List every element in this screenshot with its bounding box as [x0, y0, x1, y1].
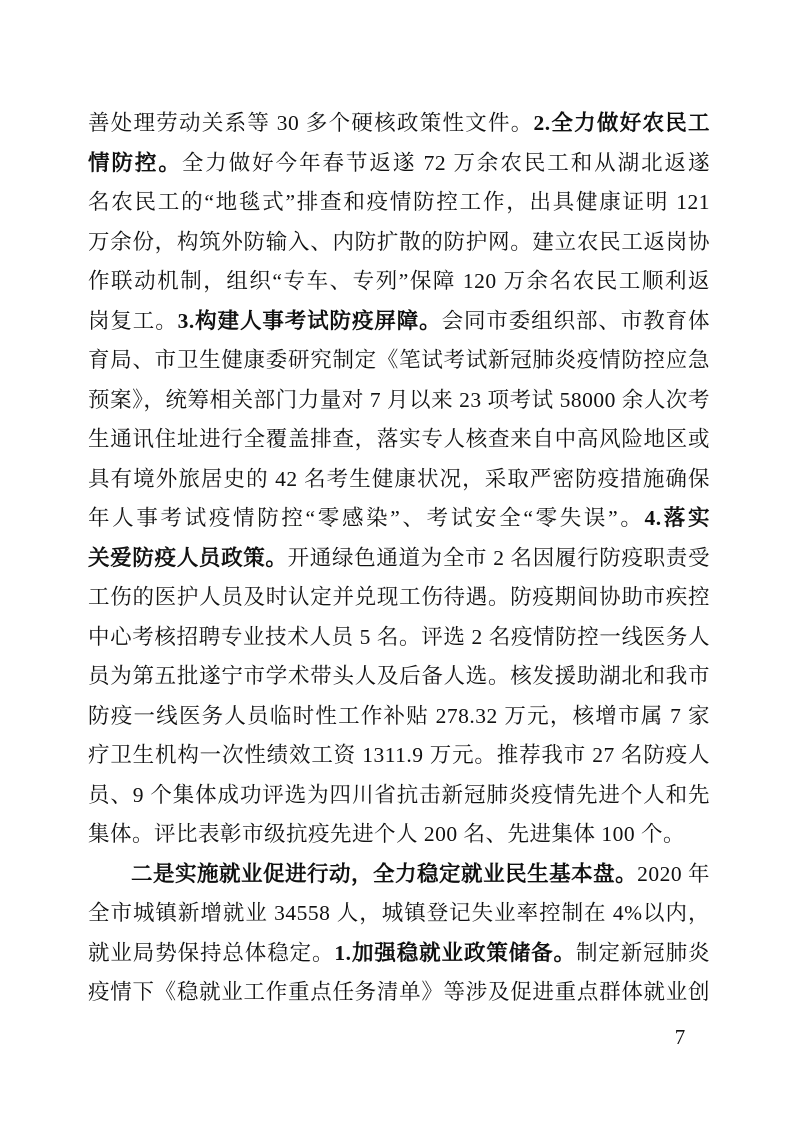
text-segment: 万余份，构筑外防输入、内防扩散的防护网。建立农民工返岗协 [88, 230, 710, 254]
text-segment: 育局、市卫生健康委研究制定《笔试考试新冠肺炎疫情防控应急 [88, 348, 710, 372]
text-segment: 名农民工的“地毯式”排查和疫情防控工作，出具健康证明 121 [88, 190, 710, 214]
text-segment: 预案》，统筹相关部门力量对 7 月以来 23 项考试 58000 余人次考 [88, 388, 710, 412]
text-segment: 2020 年 [637, 862, 710, 886]
text-segment: 中心考核招聘专业技术人员 5 名。评选 2 名疫情防控一线医务人 [88, 625, 710, 649]
text-line: 就业局势保持总体稳定。1.加强稳就业政策储备。制定新冠肺炎 [88, 934, 710, 974]
text-line: 全市城镇新增就业 34558 人，城镇登记失业率控制在 4%以内，全市 [88, 894, 710, 934]
text-line: 二是实施就业促进行动，全力稳定就业民生基本盘。2020 年 [88, 855, 710, 895]
text-line: 生通讯住址进行全覆盖排查，落实专人核查来自中高风险地区或 [88, 420, 710, 460]
text-line: 防疫一线医务人员临时性工作补贴 278.32 万元，核增市属 7 家医 [88, 697, 710, 737]
document-page: 善处理劳动关系等 30 多个硬核政策性文件。2.全力做好农民工疫 情防控。全力做… [0, 0, 793, 1122]
document-body: 善处理劳动关系等 30 多个硬核政策性文件。2.全力做好农民工疫 情防控。全力做… [88, 104, 710, 1013]
text-segment: 生通讯住址进行全覆盖排查，落实专人核查来自中高风险地区或 [88, 427, 710, 451]
text-segment-bold: 1.加强稳就业政策储备。 [334, 941, 576, 965]
text-segment: 会同市委组织部、市教育体 [442, 309, 710, 333]
text-line: 情防控。全力做好今年春节返遂 72 万余农民工和从湖北返遂 5575 [88, 144, 710, 184]
text-line: 具有境外旅居史的 42 名考生健康状况，采取严密防疫措施确保全 [88, 460, 710, 500]
text-line: 万余份，构筑外防输入、内防扩散的防护网。建立农民工返岗协 [88, 223, 710, 263]
text-segment: 疫情下《稳就业工作重点任务清单》等涉及促进重点群体就业创 [88, 980, 710, 1004]
text-line: 工伤的医护人员及时认定并兑现工伤待遇。防疫期间协助市疾控 [88, 578, 710, 618]
text-line: 员、9 个集体成功评选为四川省抗击新冠肺炎疫情先进个人和先进 [88, 776, 710, 816]
text-segment-bold: 关爱防疫人员政策。 [88, 546, 288, 570]
text-segment: 开通绿色通道为全市 2 名因履行防疫职责受 [288, 546, 710, 570]
text-segment-bold: 4.落实 [645, 506, 710, 530]
text-line: 年人事考试疫情防控“零感染”、考试安全“零失误”。4.落实 [88, 499, 710, 539]
text-line: 善处理劳动关系等 30 多个硬核政策性文件。2.全力做好农民工疫 [88, 104, 710, 144]
text-segment-bold: 情防控。 [88, 151, 182, 175]
text-segment: 就业局势保持总体稳定。 [88, 941, 334, 965]
text-segment: 全力做好今年春节返遂 72 万余农民工和从湖北返遂 5575 [88, 151, 710, 184]
text-segment: 作联动机制，组织“专车、专列”保障 120 万余名农民工顺利返 [88, 269, 710, 293]
text-segment: 制定新冠肺炎 [576, 941, 710, 965]
text-line: 岗复工。3.构建人事考试防疫屏障。会同市委组织部、市教育体 [88, 302, 710, 342]
text-line: 育局、市卫生健康委研究制定《笔试考试新冠肺炎疫情防控应急 [88, 341, 710, 381]
text-line: 集体。评比表彰市级抗疫先进个人 200 名、先进集体 100 个。 [88, 815, 710, 855]
text-line: 疫情下《稳就业工作重点任务清单》等涉及促进重点群体就业创 [88, 973, 710, 1013]
text-segment: 具有境外旅居史的 42 名考生健康状况，采取严密防疫措施确保全 [88, 467, 710, 500]
text-line: 关爱防疫人员政策。开通绿色通道为全市 2 名因履行防疫职责受 [88, 539, 710, 579]
text-line: 员为第五批遂宁市学术带头人及后备人选。核发援助湖北和我市 [88, 657, 710, 697]
text-segment: 疗卫生机构一次性绩效工资 1311.9 万元。推荐我市 27 名防疫人 [88, 743, 710, 767]
text-line: 预案》，统筹相关部门力量对 7 月以来 23 项考试 58000 余人次考 [88, 381, 710, 421]
text-segment: 防疫一线医务人员临时性工作补贴 278.32 万元，核增市属 7 家医 [88, 704, 710, 737]
text-segment: 全市城镇新增就业 34558 人，城镇登记失业率控制在 4%以内，全市 [88, 901, 710, 934]
text-segment-bold: 二是实施就业促进行动，全力稳定就业民生基本盘。 [131, 862, 637, 886]
text-line: 名农民工的“地毯式”排查和疫情防控工作，出具健康证明 121 [88, 183, 710, 223]
text-line: 疗卫生机构一次性绩效工资 1311.9 万元。推荐我市 27 名防疫人 [88, 736, 710, 776]
text-segment: 岗复工。 [88, 309, 178, 333]
page-number: 7 [660, 1022, 700, 1052]
text-segment: 集体。评比表彰市级抗疫先进个人 200 名、先进集体 100 个。 [88, 822, 685, 846]
text-segment: 工伤的医护人员及时认定并兑现工伤待遇。防疫期间协助市疾控 [88, 585, 710, 609]
text-segment: 员为第五批遂宁市学术带头人及后备人选。核发援助湖北和我市 [88, 664, 710, 688]
text-segment: 员、9 个集体成功评选为四川省抗击新冠肺炎疫情先进个人和先进 [88, 783, 710, 816]
text-line: 作联动机制，组织“专车、专列”保障 120 万余名农民工顺利返 [88, 262, 710, 302]
text-line: 中心考核招聘专业技术人员 5 名。评选 2 名疫情防控一线医务人 [88, 618, 710, 658]
text-segment: 善处理劳动关系等 30 多个硬核政策性文件。 [88, 111, 534, 135]
text-segment: 年人事考试疫情防控“零感染”、考试安全“零失误”。 [88, 506, 645, 530]
text-segment-bold: 3.构建人事考试防疫屏障。 [178, 309, 442, 333]
